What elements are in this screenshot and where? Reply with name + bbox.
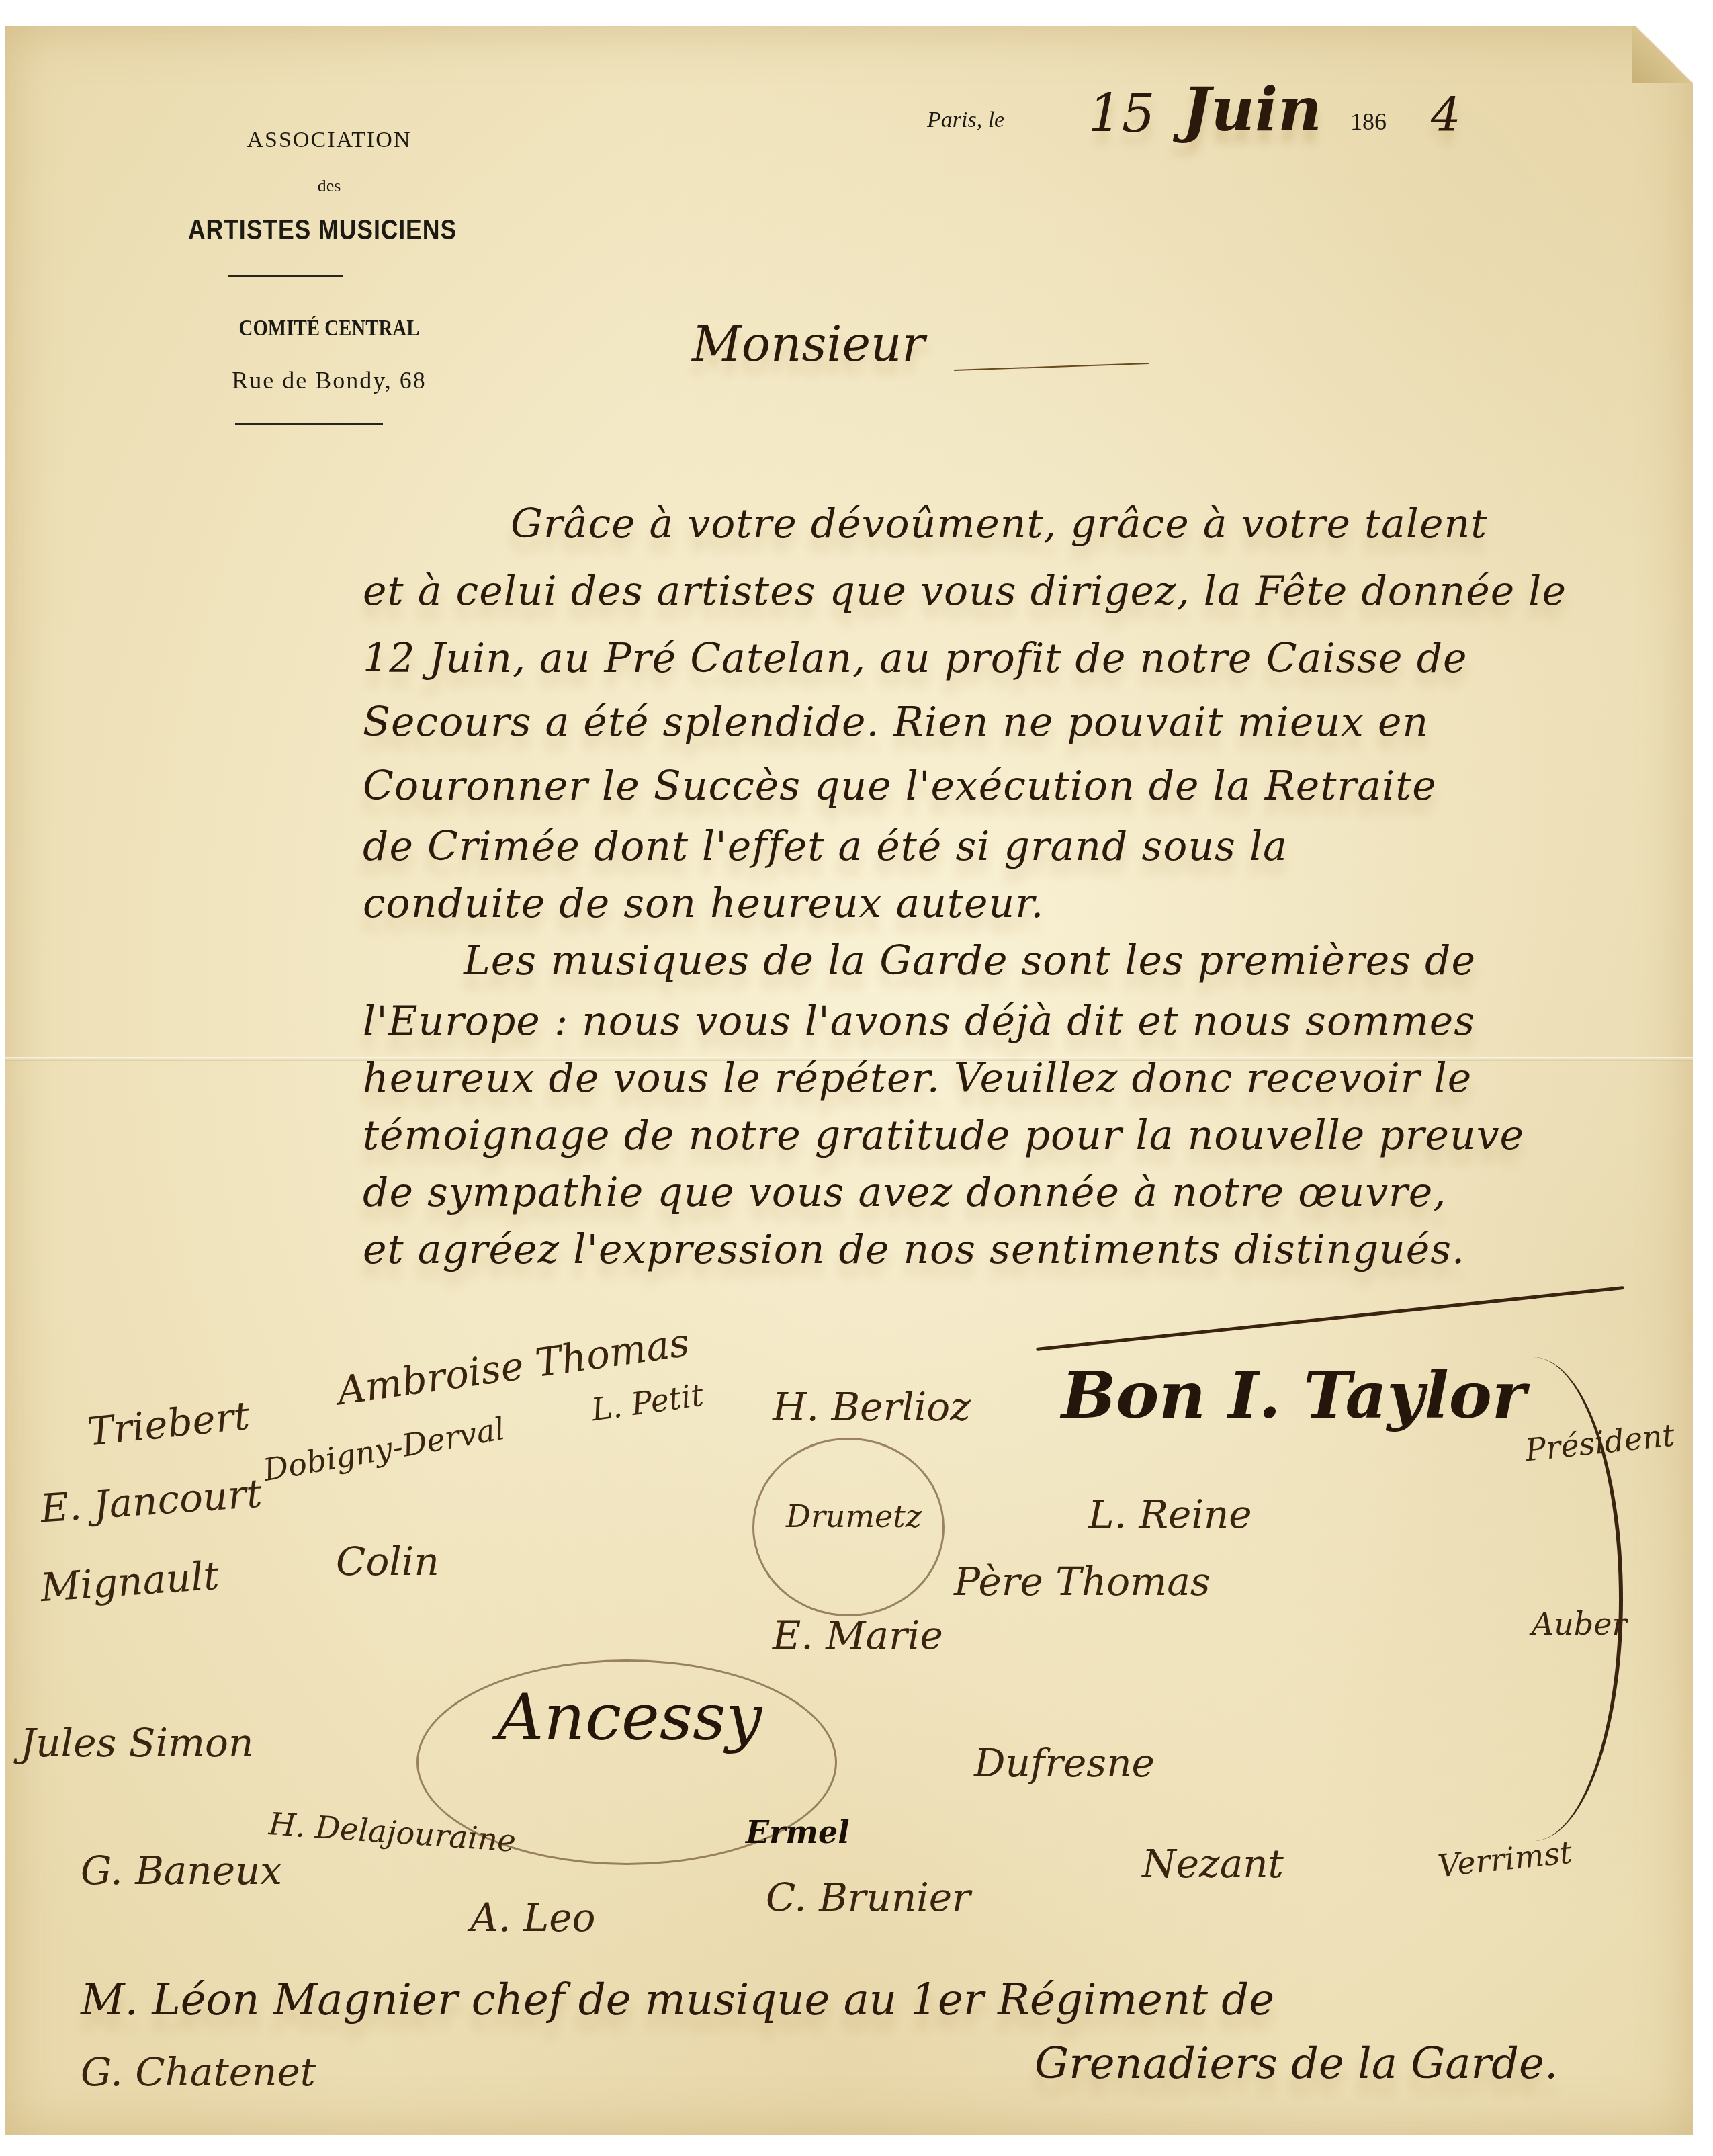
signature-reine: L. Reine	[1088, 1492, 1252, 1537]
folded-corner	[1632, 26, 1693, 83]
body-line: 12 Juin, au Pré Catelan, au profit de no…	[363, 635, 1468, 682]
signature-auber: Auber	[1532, 1606, 1627, 1642]
body-line: l'Europe : nous vous l'avons déjà dit et…	[363, 998, 1475, 1045]
signature-marie: E. Marie	[773, 1612, 943, 1658]
letterhead-association: ASSOCIATION	[188, 128, 470, 153]
letterhead-artistes-musiciens: ARTISTES MUSICIENS	[140, 214, 505, 246]
signature-ancessy: Ancessy	[497, 1680, 762, 1755]
body-line: de sympathie que vous avez donnée à notr…	[363, 1169, 1446, 1216]
body-line: Les musiques de la Garde sont les premiè…	[464, 937, 1476, 984]
letterhead-des: des	[188, 176, 470, 196]
signature-brunier: C. Brunier	[766, 1874, 971, 1920]
dateline-day: 15	[1088, 84, 1155, 144]
dateline-month: Juin	[1182, 74, 1322, 145]
signature-nezant: Nezant	[1142, 1841, 1284, 1887]
signature-berlioz: H. Berlioz	[773, 1384, 971, 1430]
addressee-line-1: M. Léon Magnier chef de musique au 1er R…	[81, 1975, 1274, 2025]
body-line: Secours a été splendide. Rien ne pouvait…	[363, 699, 1429, 746]
signature-thomas-pere: Père Thomas	[954, 1559, 1211, 1604]
body-line: de Crimée dont l'effet a été si grand so…	[363, 823, 1288, 870]
signature-drumetz: Drumetz	[786, 1498, 922, 1535]
dateline-printed-prefix: Paris, le	[927, 107, 1004, 133]
signature-ermel: Ermel	[746, 1814, 850, 1850]
signature-simon: Jules Simon	[20, 1720, 253, 1766]
letterhead-ornament-divider-2	[235, 423, 383, 427]
body-line: Couronner le Succès que l'exécution de l…	[363, 763, 1437, 810]
signature-dufresne: Dufresne	[974, 1740, 1155, 1786]
signature-leo: A. Leo	[470, 1895, 596, 1940]
signature-colin: Colin	[336, 1539, 439, 1584]
addressee-line-2: Grenadiers de la Garde.	[1035, 2039, 1558, 2089]
body-line: témoignage de notre gratitude pour la no…	[363, 1112, 1524, 1159]
body-line: conduite de son heureux auteur.	[363, 880, 1044, 927]
letterhead-address: Rue de Bondy, 68	[148, 366, 511, 394]
dateline-year-digit: 4	[1431, 87, 1461, 142]
signature-president: Bon I. Taylor	[1061, 1357, 1526, 1433]
letterhead-comite-central: COMITÉ CENTRAL	[192, 316, 466, 341]
body-line: et agréez l'expression de nos sentiments…	[363, 1226, 1465, 1273]
letterhead-ornament-divider	[228, 275, 343, 279]
dateline-year-prefix: 186	[1350, 107, 1387, 136]
salutation: Monsieur	[692, 316, 925, 372]
signature-chatenet: G. Chatenet	[81, 2049, 316, 2095]
body-line: Grâce à votre dévoûment, grâce à votre t…	[511, 501, 1487, 548]
body-line: heureux de vous le répéter. Veuillez don…	[363, 1055, 1472, 1102]
signature-baneux: G. Baneux	[81, 1848, 282, 1893]
body-line: et à celui des artistes que vous dirigez…	[363, 568, 1567, 615]
